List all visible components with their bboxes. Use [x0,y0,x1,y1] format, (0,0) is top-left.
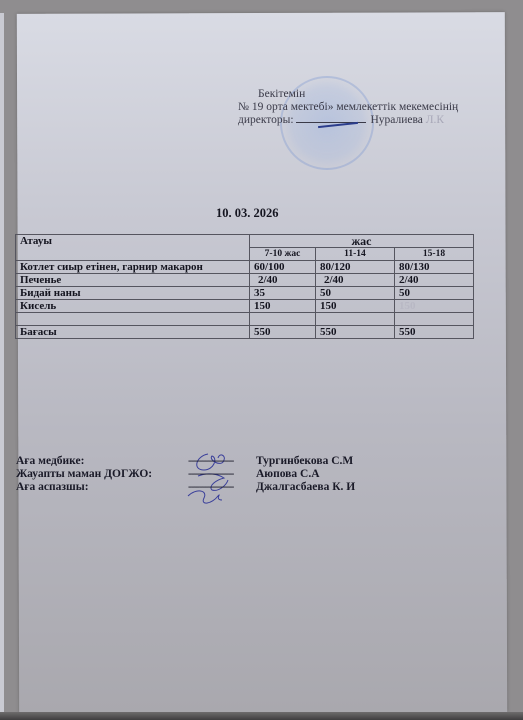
table-header-row: Атауы жас [16,235,474,248]
portion-cell: 2/40 [395,274,474,287]
portion-cell [250,313,316,326]
portion-cell: 150 [316,300,395,313]
paper-edge [0,13,4,713]
portion-cell [316,313,395,326]
dish-name: Котлет сиыр етінен, гарнир макарон [16,261,250,274]
table-row: Котлет сиыр етінен, гарнир макарон 60/10… [16,261,474,274]
table-row: Печенье 2/40 2/40 2/40 [16,274,474,287]
approval-institution: № 19 орта мектебі» мемлекеттік мекемесін… [238,101,458,114]
price-cell: 550 [250,326,316,339]
approval-director: директоры: Нуралиева Л.К [238,114,458,127]
menu-date: 10. 03. 2026 [216,206,279,221]
table-row-price: Бағасы 550 550 550 [16,326,474,339]
signature-role: Аға медбике: [16,455,84,468]
director-label: директоры: [238,114,294,126]
signature-line: ---------------- [188,468,233,481]
price-cell: 550 [395,326,474,339]
header-age-group: 11-14 [316,248,395,261]
header-age-group: 7-10 жас [250,248,316,261]
portion-cell: 2/40 [250,274,316,287]
signature-line: ---------------- [188,455,233,468]
signature-role: Аға аспазшы: [16,481,89,494]
portion-cell: 80/130 [395,261,474,274]
director-signature [296,122,366,123]
signature-line: ---------------- [188,481,233,494]
header-age: жас [250,235,474,248]
portion-cell: 50 [316,287,395,300]
dish-name: Бидай наны [16,287,250,300]
portion-cell: 150 [250,300,316,313]
approval-block: Бекітемін № 19 орта мектебі» мемлекеттік… [238,88,458,127]
header-name: Атауы [16,235,250,261]
menu-table: Атауы жас 7-10 жас 11-14 15-18 Котлет си… [15,234,474,339]
portion-cell: 50 [395,287,474,300]
price-cell: 550 [316,326,395,339]
portion-cell: 150 [395,300,474,313]
dish-name: Печенье [16,274,250,287]
desk-edge [0,712,523,720]
signature-person: Джалгасбаева К. И [256,481,355,494]
header-age-group: 15-18 [395,248,474,261]
dish-name [16,313,250,326]
table-row: Кисель 150 150 150 [16,300,474,313]
table-row: Бидай наны 35 50 50 [16,287,474,300]
approval-title: Бекітемін [238,88,458,101]
price-label: Бағасы [16,326,250,339]
portion-cell: 80/120 [316,261,395,274]
portion-cell: 35 [250,287,316,300]
table-row-empty [16,313,474,326]
portion-cell: 60/100 [250,261,316,274]
director-name: Нуралиева [370,114,422,126]
signature-person: Аюпова С.А [256,468,320,481]
portion-cell [395,313,474,326]
dish-name: Кисель [16,300,250,313]
signature-person: Тургинбекова С.М [256,455,353,468]
signature-role: Жауапты маман ДОГЖО: [16,468,152,481]
director-initials: Л.К [426,114,444,126]
portion-cell: 2/40 [316,274,395,287]
